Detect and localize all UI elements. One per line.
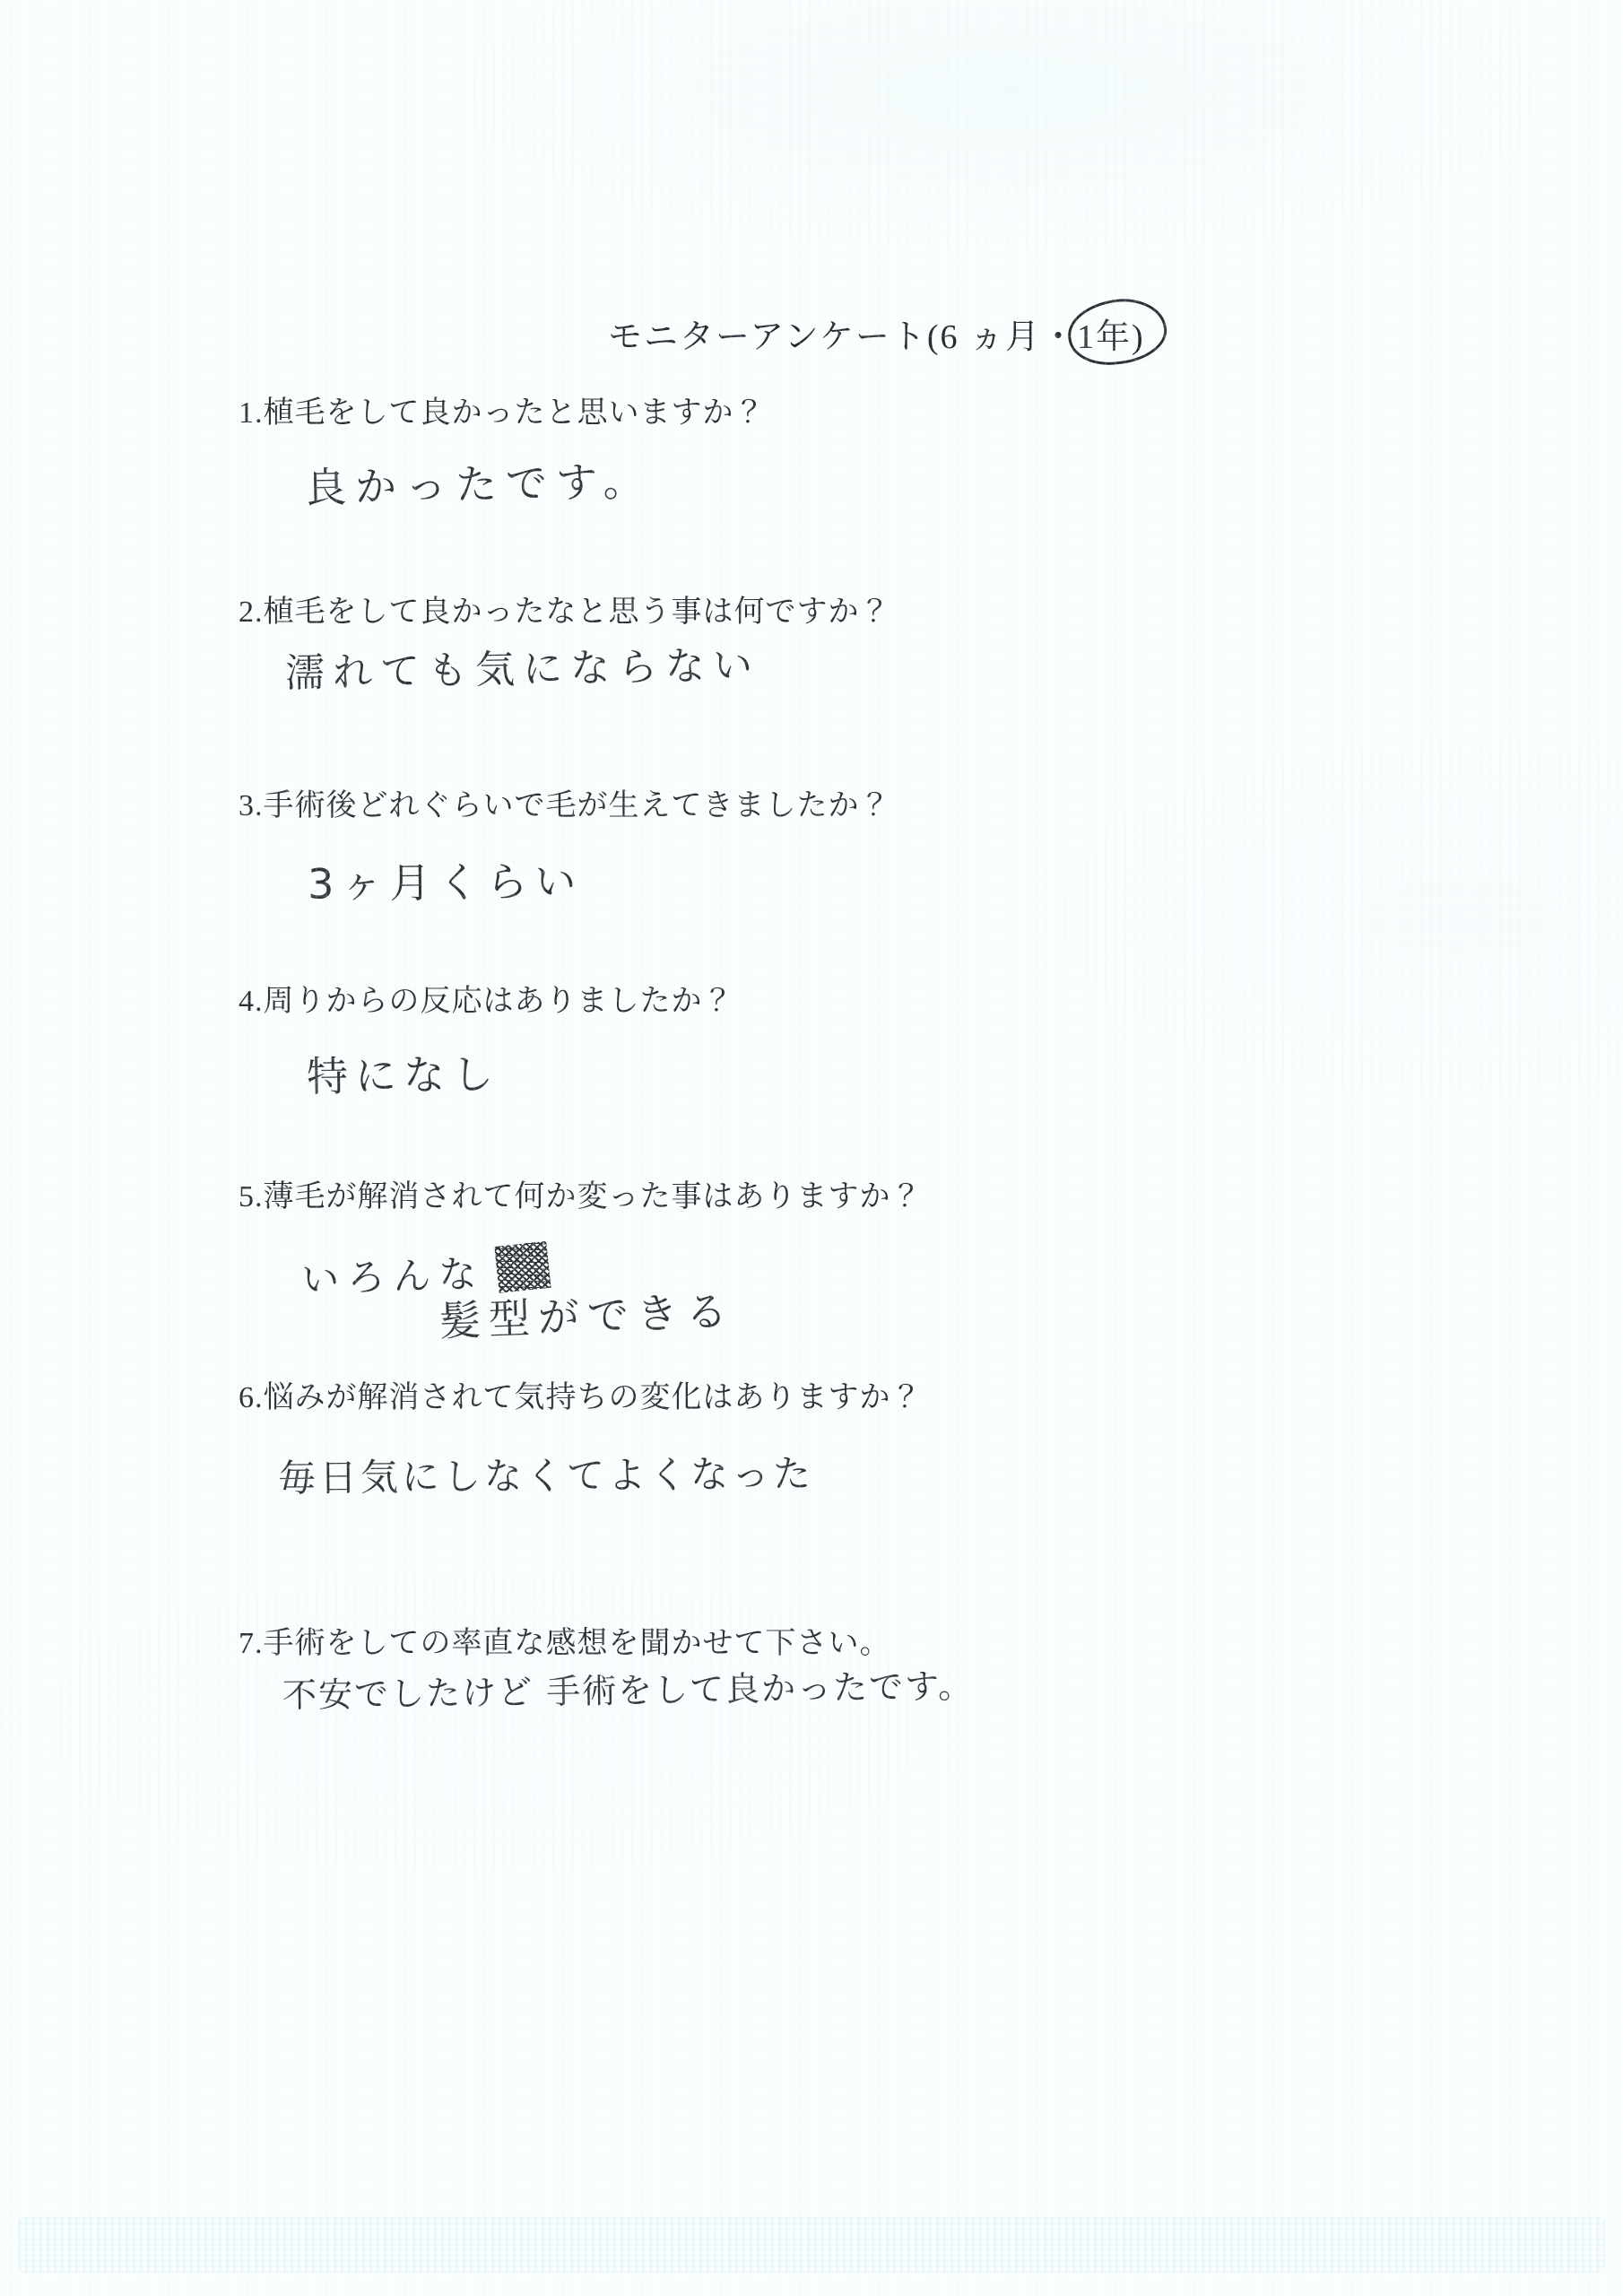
answer-4-handwritten: 特になし xyxy=(307,1041,501,1103)
question-2: 2.植毛をして良かったなと思う事は何ですか？ xyxy=(239,587,891,631)
question-6-number: 6. xyxy=(239,1381,264,1414)
question-7-text: 手術をしての率直な感想を聞かせて下さい。 xyxy=(264,1627,891,1660)
answer-7-handwritten: 不安でしたけど 手術をして良かったです。 xyxy=(282,1658,975,1718)
question-1-number: 1. xyxy=(239,396,264,430)
question-2-text: 植毛をして良かったなと思う事は何ですか？ xyxy=(264,596,891,629)
answer-5-handwritten: いろんな 髪型ができる xyxy=(300,1236,736,1353)
answer-5-line2: 髪型ができる xyxy=(438,1279,736,1348)
answer-2-handwritten: 濡れても気にならない xyxy=(284,632,760,698)
question-4-text: 周りからの反応はありましたか？ xyxy=(264,985,734,1018)
question-5: 5.薄毛が解消されて何か変った事はありますか？ xyxy=(239,1171,923,1215)
question-4: 4.周りからの反応はありましたか？ xyxy=(239,976,734,1020)
answer-1-handwritten: 良かったです。 xyxy=(304,448,654,515)
answer-3-handwritten: 3ヶ月くらい xyxy=(308,848,584,910)
question-3-text: 手術後どれぐらいで毛が生えてきましたか？ xyxy=(264,789,891,822)
question-1: 1.植毛をして良かったと思いますか？ xyxy=(239,387,766,431)
question-6: 6.悩みが解消されて気持ちの変化はありますか？ xyxy=(239,1372,923,1416)
question-7-number: 7. xyxy=(239,1627,264,1660)
question-7: 7.手術をしての率直な感想を聞かせて下さい。 xyxy=(239,1618,891,1662)
circled-survey-period: 1年 xyxy=(1077,309,1132,358)
question-3: 3.手術後どれぐらいで毛が生えてきましたか？ xyxy=(239,780,891,824)
scanned-survey-page: モニターアンケート(6 ヵ月・1年) 1.植毛をして良かったと思いますか？ 良か… xyxy=(0,0,1623,2296)
question-4-number: 4. xyxy=(239,985,264,1018)
question-1-text: 植毛をして良かったと思いますか？ xyxy=(264,396,766,430)
page-title: モニターアンケート(6 ヵ月・1年) xyxy=(608,309,1145,358)
question-2-number: 2. xyxy=(239,596,264,629)
title-prefix: モニターアンケート(6 ヵ月・ xyxy=(608,318,1077,356)
question-3-number: 3. xyxy=(239,789,264,822)
answer-6-handwritten: 毎日気にしなくてよくなった xyxy=(278,1444,815,1502)
scribbled-out-character xyxy=(494,1241,551,1293)
scanner-noise-bottom-band xyxy=(18,2217,1605,2273)
question-5-number: 5. xyxy=(239,1180,264,1213)
question-6-text: 悩みが解消されて気持ちの変化はありますか？ xyxy=(264,1381,923,1414)
circled-text: 1年 xyxy=(1077,318,1132,356)
title-suffix: ) xyxy=(1132,318,1145,356)
question-5-text: 薄毛が解消されて何か変った事はありますか？ xyxy=(264,1180,923,1213)
